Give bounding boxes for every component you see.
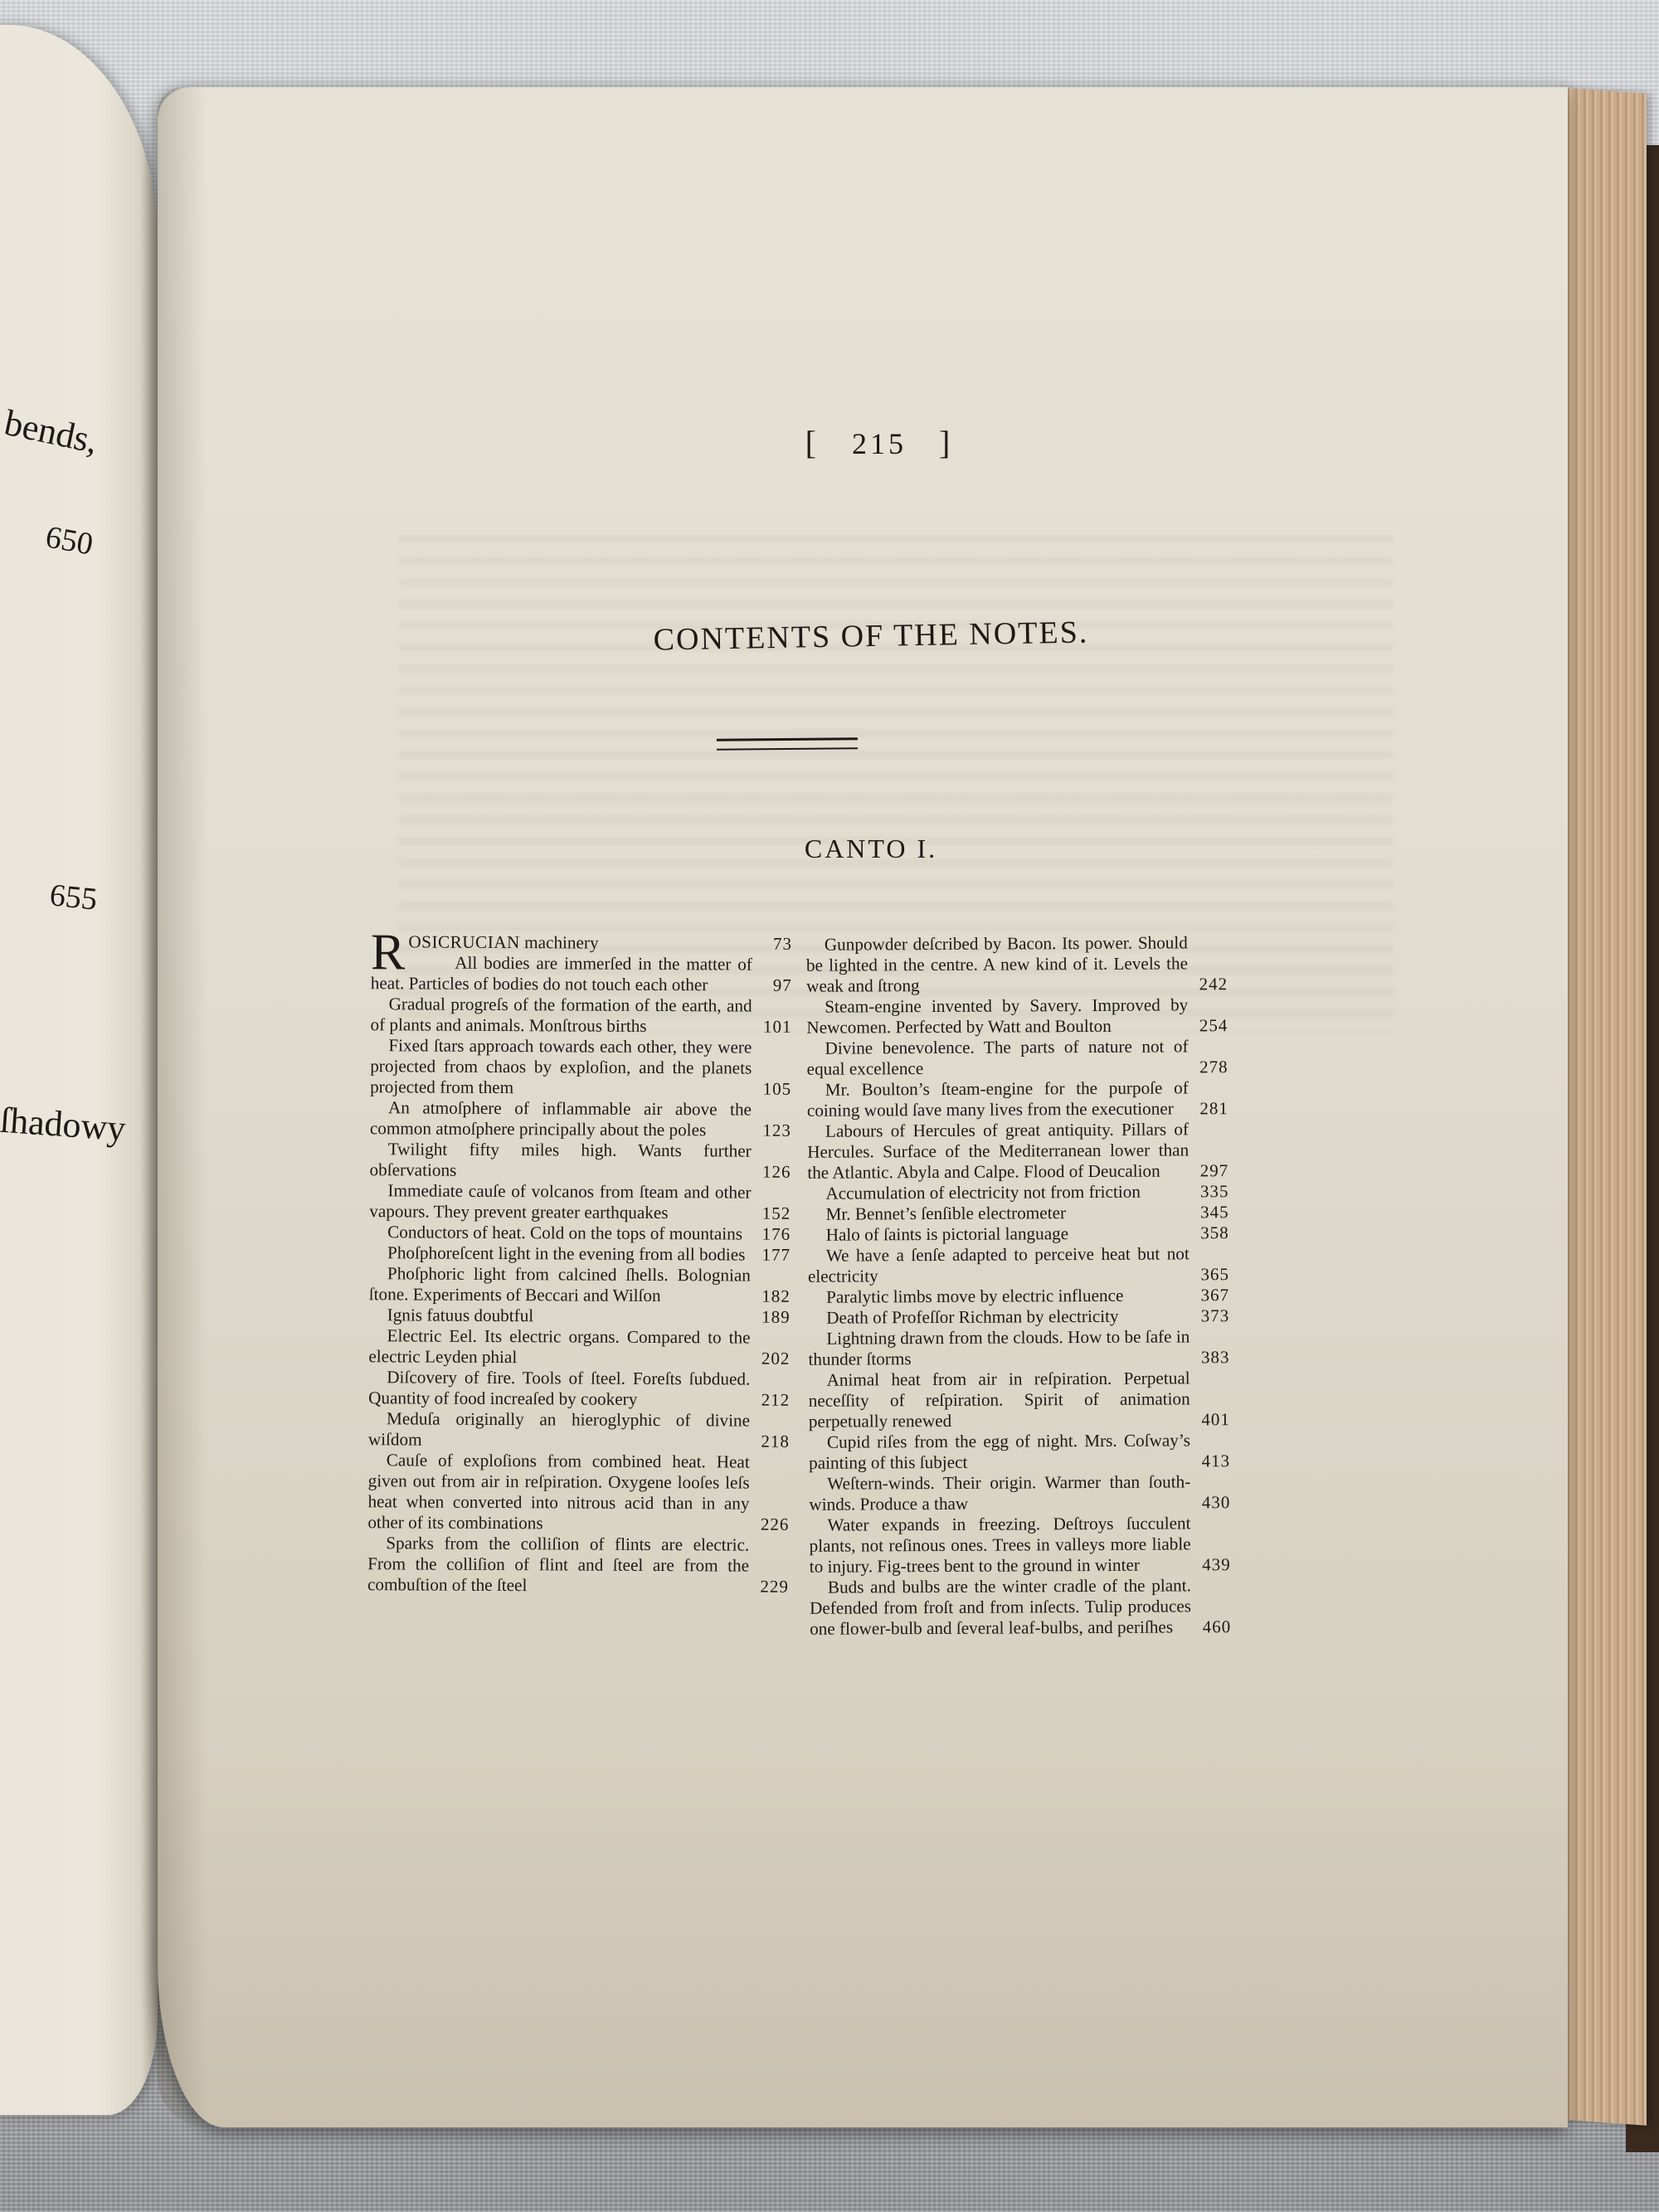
entry-text: Mr. Bennet’s ſenſible electrometer [807,1202,1189,1224]
entry-text: Labours of Hercules of great antiquity. … [807,1119,1189,1183]
entry-page-number: 123 [762,1121,791,1141]
entry-page-number: 281 [1199,1098,1228,1119]
entry-text: Buds and bulbs are the winter cradle of … [810,1575,1191,1639]
entry-text: Cupid riſes from the egg of night. Mrs. … [809,1430,1190,1473]
entry-page-number: 254 [1199,1015,1228,1036]
double-rule-divider [717,737,858,750]
contents-entry: Water expands in freezing. Deſtroys ſucc… [809,1512,1381,1578]
contents-entry: Accumulation of electricity not from fri… [807,1180,1379,1204]
entry-text: Paralytic limbs move by electric influen… [808,1285,1190,1307]
entry-text: Weſtern-winds. Their origin. Warmer than… [809,1471,1190,1514]
entry-page-number: 73 [773,934,792,955]
entry-text: Death of Profeſſor Richman by electricit… [808,1305,1190,1328]
entry-page-number: 278 [1199,1057,1228,1077]
entry-page-number: 460 [1203,1616,1232,1637]
entry-page-number: 105 [763,1079,792,1100]
entry-page-number: 373 [1201,1305,1230,1326]
entry-text: Mr. Boulton’s ſteam-engine for the purpo… [807,1077,1189,1121]
entry-page-number: 242 [1199,974,1228,994]
entry-page-number: 97 [773,975,792,996]
entry-page-number: 212 [761,1390,791,1411]
entry-page-number: 189 [761,1307,791,1328]
entry-page-number: 152 [762,1203,791,1224]
contents-entry: Gunpowder deſcribed by Bacon. Its power.… [806,931,1379,997]
contents-entry: Halo of ſaints is pictorial language358 [808,1222,1380,1246]
entry-page-number: 202 [761,1349,791,1369]
contents-entry: Mr. Bennet’s ſenſible electrometer345 [807,1201,1379,1225]
entry-text: Phoſphoreſcent light in the evening from… [369,1242,751,1265]
entry-text: Animal heat from air in reſpiration. Per… [809,1368,1190,1432]
contents-entry: Death of Profeſſor Richman by electricit… [808,1305,1380,1329]
entry-text: Water expands in freezing. Deſtroys ſucc… [809,1513,1190,1577]
entry-page-number: 439 [1202,1554,1231,1575]
entry-page-number: 335 [1200,1181,1229,1202]
entry-text: Diſcovery of fire. Tools of ſteel. Foreſ… [368,1367,750,1410]
facing-page-line-number: 650 [43,518,96,562]
entry-text: Conductors of heat. Cold on the tops of … [369,1222,751,1244]
entry-page-number: 126 [762,1162,791,1183]
facing-page-word: bends, [1,401,102,463]
entry-page-number: 345 [1200,1202,1229,1223]
entry-text: Electric Eel. Its electric organs. Compa… [368,1325,750,1369]
facing-page-line-number: 655 [48,877,99,918]
entry-text: Phoſphoric light from calcined ſhells. B… [369,1263,751,1306]
contents-entry: Divine benevolence. The parts of nature … [806,1035,1379,1080]
entry-text: ROSICRUCIAN machinery [371,931,752,954]
entry-page-number: 101 [763,1017,792,1038]
page-number: [ 215 ] [713,423,1045,462]
entry-page-number: 229 [760,1577,789,1597]
entry-page-number: 367 [1200,1285,1229,1305]
entry-text: Fixed ſtars approach towards each other,… [370,1035,752,1099]
entry-text: Meduſa originally an hieroglyphic of div… [368,1408,750,1451]
entry-text: Immediate cauſe of volcanos from ſteam a… [369,1180,751,1223]
entry-text: Twilight fifty miles high. Wants further… [370,1139,752,1182]
entry-text: Sparks from the colliſion of flints are … [367,1533,749,1597]
entry-text: Ignis fatuus doubtful [369,1305,751,1327]
entry-text: We have a ſenſe adapted to perceive heat… [808,1243,1190,1286]
entry-text: Cauſe of exploſions from combined heat. … [367,1450,750,1534]
entry-text: Accumulation of electricity not from fri… [807,1181,1189,1203]
contents-entry: Lightning drawn from the clouds. How to … [808,1325,1380,1370]
facing-left-page: bends, 650 655 ſhadowy [0,25,158,2115]
entry-page-number: 182 [761,1286,791,1307]
contents-entry: Paralytic limbs move by electric influen… [808,1284,1380,1308]
page-fore-edge [1555,87,1647,2126]
bracket-open: [ [805,424,820,461]
contents-entry: Mr. Boulton’s ſteam-engine for the purpo… [807,1077,1379,1121]
entry-page-number: 430 [1202,1492,1231,1513]
entry-text: Halo of ſaints is pictorial language [808,1223,1190,1245]
section-heading: CANTO I. [705,834,1037,864]
entry-page-number: 177 [761,1245,791,1266]
contents-entry: Buds and bulbs are the winter cradle of … [810,1574,1382,1640]
contents-entry: We have a ſenſe adapted to perceive heat… [808,1242,1380,1287]
bracket-close: ] [939,424,953,461]
entry-page-number: 365 [1200,1264,1229,1285]
entry-text: All bodies are immerſed in the matter of… [371,952,752,995]
entry-text: An atmoſphere of inflammable air above t… [370,1097,752,1140]
facing-page-word: ſhadowy [0,1099,127,1150]
entry-lead-caps: OSICRUCIAN [408,931,520,952]
contents-column-right: Gunpowder deſcribed by Bacon. Its power.… [806,931,1382,1640]
entry-text: Steam-engine invented by Savery. Improve… [806,994,1188,1038]
page-number-value: 215 [852,427,907,460]
entry-page-number: 297 [1200,1160,1229,1181]
contents-entry: Labours of Hercules of great antiquity. … [807,1118,1379,1184]
entry-text: Divine benevolence. The parts of nature … [806,1036,1188,1079]
entry-page-number: 383 [1201,1347,1230,1368]
entry-page-number: 218 [761,1432,790,1452]
entry-text: Gradual progreſs of the formation of the… [370,994,752,1037]
entry-page-number: 176 [762,1224,791,1245]
entry-text: Lightning drawn from the clouds. How to … [808,1326,1190,1369]
contents-entry: Cupid riſes from the egg of night. Mrs. … [809,1429,1381,1474]
entry-page-number: 358 [1200,1223,1229,1243]
entry-page-number: 413 [1202,1451,1231,1471]
contents-entry: Steam-engine invented by Savery. Improve… [806,994,1379,1038]
contents-entry: Animal heat from air in reſpiration. Per… [809,1367,1381,1432]
entry-text: Gunpowder deſcribed by Bacon. Its power.… [806,932,1188,996]
book-page: [ 215 ] CONTENTS OF THE NOTES. CANTO I. … [158,87,1568,2127]
contents-entry: Weſtern-winds. Their origin. Warmer than… [809,1471,1381,1515]
entry-page-number: 401 [1201,1409,1230,1430]
entry-page-number: 226 [761,1514,790,1535]
gutter-shadow [158,87,207,2127]
entry-text-rest: machinery [520,932,599,952]
